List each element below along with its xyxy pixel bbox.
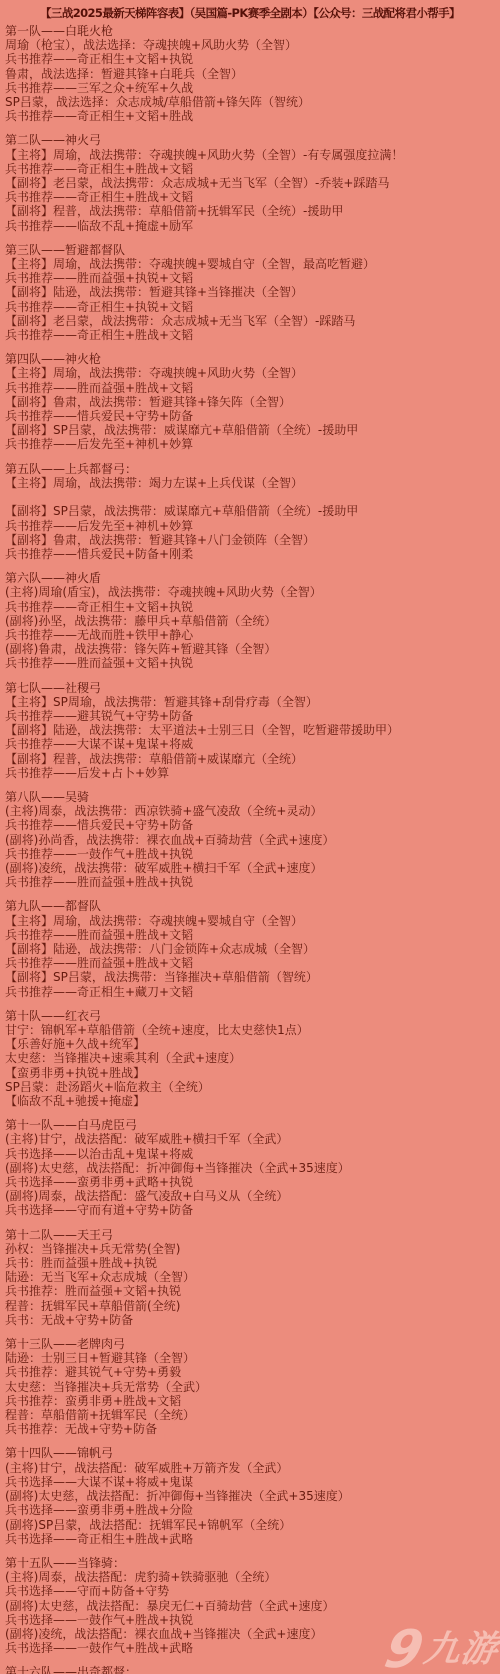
- team-title: 第七队——社稷弓: [5, 681, 500, 695]
- text-line: 兵书推荐——临敌不乱+掩虚+励军: [5, 219, 500, 233]
- text-line: 【副将】老吕蒙，战法携带：众志成城+无当飞军（全智）-乔装+踩踏马: [5, 176, 500, 190]
- text-line: 兵书推荐——胜而益强+胜战+执锐: [5, 875, 500, 889]
- team-title: 第一队——白毦火枪: [5, 24, 500, 38]
- text-line: 鲁肃，战法选择：暂避其锋+白毦兵（全智）: [5, 67, 500, 81]
- text-line: 周瑜（枪宝），战法选择：夺魂挟魄+风助火势（全智）: [5, 38, 500, 52]
- team-section: 第十二队——天王弓孙权：当锋摧决+兵无常势(全智)兵书：胜而益强+胜战+执锐陆逊…: [5, 1228, 500, 1327]
- text-line: (主将)周泰，战法携带：西凉铁骑+盛气凌敌（全统+灵动）: [5, 804, 500, 818]
- team-title: 第十三队——老牌肉弓: [5, 1337, 500, 1351]
- text-line: 【副将】老吕蒙，战法携带：众志成城+无当飞军（全智）-踩踏马: [5, 314, 500, 328]
- text-line: 兵书推荐——后发+占卜+妙算: [5, 766, 500, 780]
- text-line: 兵书推荐——惜兵爱民+守势+防备: [5, 818, 500, 832]
- team-section: 第三队——暂避都督队【主将】周瑜，战法携带：夺魂挟魄+婴城自守（全智，最高吃暂避…: [5, 243, 500, 342]
- team-section: 第五队——上兵都督弓：【主将】周瑜，战法携带：竭力左谋+上兵伐谋（全智） 【副将…: [5, 462, 500, 561]
- text-line: (副将)凌统，战法携带：破军威胜+横扫千军（全武+速度）: [5, 861, 500, 875]
- text-line: 兵书推荐——奇正相生+胜战+文韬: [5, 162, 500, 176]
- content: 第一队——白毦火枪周瑜（枪宝），战法选择：夺魂挟魄+风助火势（全智）兵书推荐——…: [0, 24, 500, 1674]
- text-line: 兵书选择——大谋不谋+将威+鬼谋: [5, 1475, 500, 1489]
- text-line: 兵书推荐——奇正相生+文韬+执锐: [5, 600, 500, 614]
- text-line: 太史慈：当锋摧决+速乘其利（全武+速度）: [5, 1051, 500, 1065]
- text-line: 兵书选择——蛮勇非勇+胜战+分险: [5, 1503, 500, 1517]
- text-line: 【副将】程普，战法携带：草船借箭+抚辑军民（全统）-援助甲: [5, 204, 500, 218]
- text-line: 兵书推荐——后发先至+神机+妙算: [5, 437, 500, 451]
- text-line: 兵书推荐——奇正相生+胜战+文韬: [5, 190, 500, 204]
- text-line: 兵书选择——奇正相生+胜战+武略: [5, 1532, 500, 1546]
- text-line: 兵书推荐——大谋不谋+鬼谋+将威: [5, 737, 500, 751]
- text-line: 【乐善好施+久战+统军】: [5, 1037, 500, 1051]
- text-line: 兵书选择——一鼓作气+胜战+执锐: [5, 1613, 500, 1627]
- text-line: (副将)太史慈，战法搭配：暴戾无仁+百骑劫营（全武+速度）: [5, 1599, 500, 1613]
- text-line: 【副将】陆逊，战法携带：八门金锁阵+众志成城（全智）: [5, 942, 500, 956]
- text-line: 【主将】SP周瑜，战法携带：暂避其锋+刮骨疗毒（全智）: [5, 695, 500, 709]
- team-title: 第十五队——当锋骑：: [5, 1556, 500, 1570]
- text-line: (主将)甘宁，战法搭配：破军威胜+横扫千军（全武）: [5, 1132, 500, 1146]
- text-line: 兵书推荐——惜兵爱民+防备+刚柔: [5, 547, 500, 561]
- text-line: 【副将】陆逊，战法携带：太平道法+士别三日（全智，吃暂避带援助甲）: [5, 723, 500, 737]
- text-line: 兵书推荐：无战+守势+防备: [5, 1422, 500, 1436]
- text-line: 兵书推荐——胜而益强+胜战+文韬: [5, 381, 500, 395]
- text-line: (副将)孙尚香，战法携带：裸衣血战+百骑劫营（全武+速度）: [5, 833, 500, 847]
- text-line: (主将)周瑜(盾宝)，战法携带：夺魂挟魄+风助火势（全智）: [5, 585, 500, 599]
- team-title: 第八队——吴骑: [5, 790, 500, 804]
- text-line: SP吕蒙，战法选择：众志成城/草船借箭+锋矢阵（智统）: [5, 95, 500, 109]
- text-line: 兵书推荐——三军之众+统军+久战: [5, 81, 500, 95]
- team-title: 第六队——神火盾: [5, 571, 500, 585]
- text-line: 【主将】周瑜，战法携带：夺魂挟魄+风助火势（全智）-有专属强度拉满！: [5, 148, 500, 162]
- team-section: 第八队——吴骑(主将)周泰，战法携带：西凉铁骑+盛气凌敌（全统+灵动）兵书推荐—…: [5, 790, 500, 889]
- team-title: 第九队——都督队: [5, 899, 500, 913]
- team-title: 第十六队——出奇都督：: [5, 1665, 500, 1674]
- team-title: 第十队——红衣弓: [5, 1009, 500, 1023]
- text-line: 兵书推荐——奇正相生+文韬+执锐: [5, 52, 500, 66]
- text-line: 甘宁：锦帆军+草船借箭（全统+速度，比太史慈快1点）: [5, 1023, 500, 1037]
- text-line: 【蛮勇非勇+执锐+胜战】: [5, 1066, 500, 1080]
- text-line: 兵书推荐——无战而胜+铁甲+静心: [5, 628, 500, 642]
- team-section: 第一队——白毦火枪周瑜（枪宝），战法选择：夺魂挟魄+风助火势（全智）兵书推荐——…: [5, 24, 500, 123]
- team-section: 第十四队——锦帆弓(主将)甘宁，战法搭配：破军威胜+万箭齐发（全武）兵书选择——…: [5, 1446, 500, 1545]
- text-line: (主将)周泰，战法搭配：虎豹骑+铁骑驱驰（全统）: [5, 1570, 500, 1584]
- text-line: (副将)凌统，战法搭配：裸衣血战+当锋摧决（全武+速度）: [5, 1627, 500, 1641]
- text-line: 兵书选择——守而+防备+守势: [5, 1584, 500, 1598]
- text-line: 【副将】SP吕蒙，战法携带：当锋摧决+草船借箭（智统）: [5, 970, 500, 984]
- text-line: SP吕蒙：赴汤蹈火+临危救主（全统）: [5, 1080, 500, 1094]
- text-line: 兵书推荐——惜兵爱民+守势+防备: [5, 409, 500, 423]
- text-line: 【副将】鲁肃，战法携带：暂避其锋+八门金锁阵（全智）: [5, 533, 500, 547]
- text-line: 兵书推荐——奇正相生+胜战+文韬: [5, 328, 500, 342]
- text-line: 【主将】周瑜，战法携带：夺魂挟魄+婴城自守（全智）: [5, 914, 500, 928]
- team-section: 第四队——神火枪【主将】周瑜，战法携带：夺魂挟魄+风助火势（全智）兵书推荐——胜…: [5, 352, 500, 451]
- text-line: 兵书推荐——胜而益强+胜战+文韬: [5, 956, 500, 970]
- text-line: (副将)太史慈，战法搭配：折冲御侮+当锋摧决（全武+35速度）: [5, 1161, 500, 1175]
- text-line: [5, 490, 500, 504]
- text-line: 兵书选择——蛮勇非勇+武略+执锐: [5, 1175, 500, 1189]
- text-line: 兵书选择——一鼓作气+胜战+武略: [5, 1641, 500, 1655]
- text-line: 兵书推荐——奇正相生+藏刀+文韬: [5, 985, 500, 999]
- team-title: 第二队——神火弓: [5, 133, 500, 147]
- text-line: 兵书推荐：蛮勇非勇+胜战+文韬: [5, 1394, 500, 1408]
- text-line: (副将)SP吕蒙，战法搭配：抚辑军民+锦帆军（全统）: [5, 1518, 500, 1532]
- page-title: 【三战2025最新天梯阵容表】（吴国篇-PK赛季全剧本）【公众号：三战配将君小帮…: [0, 0, 500, 21]
- text-line: 兵书推荐——奇正相生+执锐+文韬: [5, 300, 500, 314]
- team-section: 第十三队——老牌肉弓陆逊：士别三日+暂避其锋（全智）兵书推荐：避其锐气+守势+勇…: [5, 1337, 500, 1436]
- text-line: (副将)鲁肃，战法携带：锋矢阵+暂避其锋（全智）: [5, 642, 500, 656]
- team-section: 第十队——红衣弓甘宁：锦帆军+草船借箭（全统+速度，比太史慈快1点）【乐善好施+…: [5, 1009, 500, 1108]
- team-title: 第十二队——天王弓: [5, 1228, 500, 1242]
- text-line: 程普：抚辑军民+草船借箭(全统): [5, 1299, 500, 1313]
- text-line: 【临敌不乱+驰援+掩虚】: [5, 1094, 500, 1108]
- text-line: 兵书：胜而益强+胜战+执锐: [5, 1256, 500, 1270]
- text-line: 兵书：无战+守势+防备: [5, 1313, 500, 1327]
- text-line: 【副将】陆逊，战法携带：暂避其锋+当锋摧决（全智）: [5, 285, 500, 299]
- text-line: (副将)太史慈，战法搭配：折冲御侮+当锋摧决（全武+35速度）: [5, 1489, 500, 1503]
- text-line: 【副将】SP吕蒙，战法携带：威谋靡亢+草船借箭（全统）-援助甲: [5, 423, 500, 437]
- team-title: 第十四队——锦帆弓: [5, 1446, 500, 1460]
- text-line: 兵书推荐：避其锐气+守势+勇毅: [5, 1365, 500, 1379]
- text-line: 孙权：当锋摧决+兵无常势(全智): [5, 1242, 500, 1256]
- text-line: 兵书选择——守而有道+守势+防备: [5, 1203, 500, 1217]
- text-line: 【主将】周瑜，战法携带：夺魂挟魄+婴城自守（全智，最高吃暂避）: [5, 257, 500, 271]
- team-section: 第十五队——当锋骑：(主将)周泰，战法搭配：虎豹骑+铁骑驱驰（全统）兵书选择——…: [5, 1556, 500, 1655]
- text-line: 兵书选择——以治击乱+鬼谋+将威: [5, 1147, 500, 1161]
- team-title: 第十一队——白马虎臣弓: [5, 1118, 500, 1132]
- team-section: 第七队——社稷弓【主将】SP周瑜，战法携带：暂避其锋+刮骨疗毒（全智）兵书推荐—…: [5, 681, 500, 780]
- team-section: 第九队——都督队【主将】周瑜，战法携带：夺魂挟魄+婴城自守（全智）兵书推荐——胜…: [5, 899, 500, 998]
- text-line: 兵书推荐——避其锐气+守势+防备: [5, 709, 500, 723]
- text-line: 陆逊：士别三日+暂避其锋（全智）: [5, 1351, 500, 1365]
- team-title: 第五队——上兵都督弓：: [5, 462, 500, 476]
- text-line: 程普：草船借箭+抚辑军民（全统）: [5, 1408, 500, 1422]
- text-line: 兵书推荐：胜而益强+文韬+执锐: [5, 1284, 500, 1298]
- text-line: 兵书推荐——胜而益强+胜战+文韬: [5, 928, 500, 942]
- text-line: 【副将】SP吕蒙，战法携带：威谋靡亢+草船借箭（全统）-援助甲: [5, 504, 500, 518]
- team-section: 第十一队——白马虎臣弓(主将)甘宁，战法搭配：破军威胜+横扫千军（全武）兵书选择…: [5, 1118, 500, 1217]
- text-line: 太史慈：当锋摧决+兵无常势（全武）: [5, 1380, 500, 1394]
- text-line: 【副将】程普，战法携带：草船借箭+威谋靡亢（全统）: [5, 752, 500, 766]
- text-line: 兵书推荐——奇正相生+文韬+胜战: [5, 109, 500, 123]
- text-line: 兵书推荐——后发先至+神机+妙算: [5, 519, 500, 533]
- team-section: 第二队——神火弓【主将】周瑜，战法携带：夺魂挟魄+风助火势（全智）-有专属强度拉…: [5, 133, 500, 232]
- text-line: 【副将】鲁肃，战法携带：暂避其锋+锋矢阵（全智）: [5, 395, 500, 409]
- text-line: 【主将】周瑜，战法携带：夺魂挟魄+风助火势（全智）: [5, 366, 500, 380]
- text-line: (主将)甘宁，战法搭配：破军威胜+万箭齐发（全武）: [5, 1461, 500, 1475]
- team-section: 第十六队——出奇都督：: [5, 1665, 500, 1674]
- text-line: 兵书推荐——胜而益强+执锐+文韬: [5, 271, 500, 285]
- text-line: 【主将】周瑜，战法携带：竭力左谋+上兵伐谋（全智）: [5, 476, 500, 490]
- text-line: 兵书推荐——一鼓作气+胜战+执锐: [5, 847, 500, 861]
- text-line: 兵书推荐——胜而益强+文韬+执锐: [5, 656, 500, 670]
- text-line: (副将)孙坚，战法携带：藤甲兵+草船借箭（全统）: [5, 614, 500, 628]
- text-line: 陆逊：无当飞军+众志成城（全智）: [5, 1270, 500, 1284]
- text-line: (副将)周泰，战法搭配：盛气凌敌+白马义从（全统）: [5, 1189, 500, 1203]
- team-title: 第四队——神火枪: [5, 352, 500, 366]
- team-title: 第三队——暂避都督队: [5, 243, 500, 257]
- team-section: 第六队——神火盾(主将)周瑜(盾宝)，战法携带：夺魂挟魄+风助火势（全智）兵书推…: [5, 571, 500, 670]
